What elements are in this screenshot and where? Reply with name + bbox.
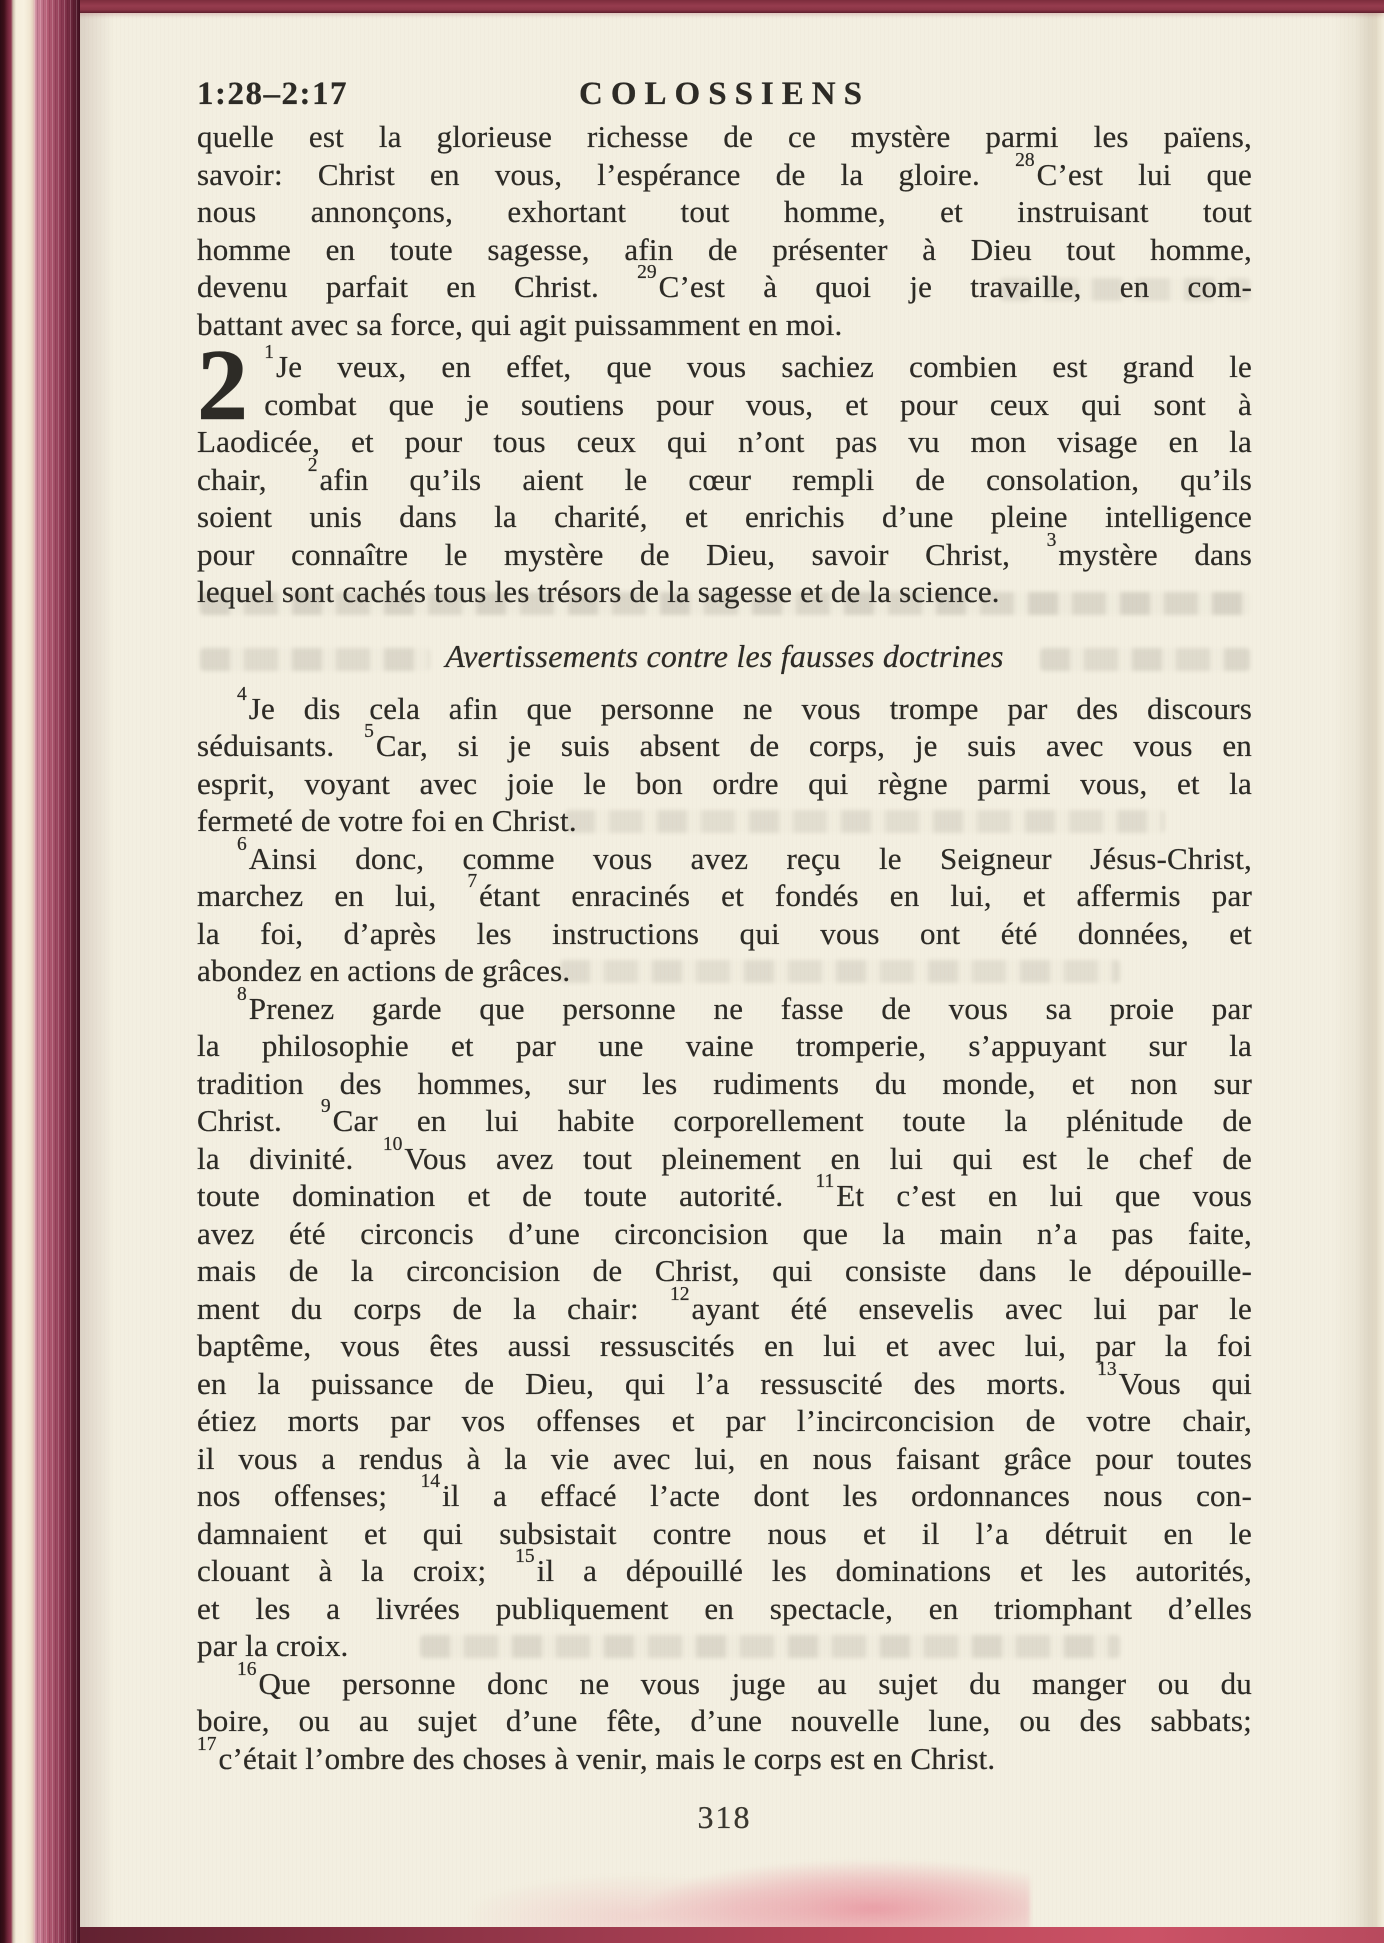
verse-number: 13 [1097,1359,1119,1380]
paragraph: quelle est la glorieuse richesse de ce m… [197,118,1252,343]
text-line: baptême, vous êtes aussi ressuscités en … [197,1327,1252,1365]
paragraph: 8Prenez garde que personne ne fasse de v… [197,990,1252,1665]
text-line: boire, ou au sujet d’une fête, d’une nou… [197,1702,1252,1740]
book-page-edge-top [46,0,1384,13]
verse-number: 29 [637,262,659,283]
paragraph: 6Ainsi donc, comme vous avez reçu le Sei… [197,840,1252,990]
verse-number: 5 [364,721,376,742]
text-line: nos offenses; 14il a effacé l’acte dont … [197,1477,1252,1515]
text-line: tradition des hommes, sur les rudiments … [197,1065,1252,1103]
running-header: 1:28–2:17 COLOSSIENS [197,76,1252,112]
chapter-paragraph: 21Je veux, en effet, que vous sachiez co… [197,348,1252,611]
section-heading: Avertissements contre les fausses doctri… [197,637,1252,675]
text-line: toute domination et de toute autorité. 1… [197,1177,1252,1215]
verse-number: 10 [383,1134,405,1155]
body-text: quelle est la glorieuse richesse de ce m… [197,118,1252,1777]
verse-number: 12 [670,1284,692,1305]
chapter-drop-cap: 2 [197,347,264,423]
text-line: lequel sont cachés tous les trésors de l… [197,573,1252,611]
verse-number: 1 [264,342,276,363]
text-line: devenu parfait en Christ. 29C’est à quoi… [197,268,1252,306]
text-line: étiez morts par vos offenses et par l’in… [197,1402,1252,1440]
verse-number: 6 [237,834,249,855]
text-line: il vous a rendus à la vie avec lui, en n… [197,1440,1252,1478]
text-line: combat que je soutiens pour vous, et pou… [197,386,1252,424]
text-line: la philosophie et par une vaine tromperi… [197,1027,1252,1065]
text-line: en la puissance de Dieu, qui l’a ressusc… [197,1365,1252,1403]
red-dye-stain [470,1823,1030,1933]
verse-number: 7 [467,871,479,892]
text-line: séduisants. 5Car, si je suis absent de c… [197,727,1252,765]
text-line: 4Je dis cela afin que personne ne vous t… [197,690,1252,728]
paragraph: 4Je dis cela afin que personne ne vous t… [197,690,1252,840]
text-line: damnaient et qui subsistait contre nous … [197,1515,1252,1553]
book-page-edges-left [0,0,80,1943]
text-line: pour connaître le mystère de Dieu, savoi… [197,536,1252,574]
verse-number: 11 [815,1171,836,1192]
book-title: COLOSSIENS [579,76,870,112]
book-page-edge-bottom [60,1927,1384,1943]
verse-number: 14 [421,1471,443,1492]
text-line: clouant à la croix; 15il a dépouillé les… [197,1552,1252,1590]
text-line: 8Prenez garde que personne ne fasse de v… [197,990,1252,1028]
text-line: Laodicée, et pour tous ceux qui n’ont pa… [197,423,1252,461]
text-line: abondez en actions de grâces. [197,952,1252,990]
text-line: savoir: Christ en vous, l’espérance de l… [197,156,1252,194]
text-line: et les a livrées publiquement en spectac… [197,1590,1252,1628]
verse-number: 28 [1015,150,1037,171]
text-line: 1Je veux, en effet, que vous sachiez com… [197,348,1252,386]
text-line: nous annonçons, exhortant tout homme, et… [197,193,1252,231]
paragraph: 16Que personne donc ne vous juge au suje… [197,1665,1252,1778]
verse-number: 8 [237,984,249,1005]
verse-number: 16 [237,1659,259,1680]
text-line: Christ. 9Car en lui habite corporellemen… [197,1102,1252,1140]
text-line: la foi, d’après les instructions qui vou… [197,915,1252,953]
text-line: chair, 2afin qu’ils aient le cœur rempli… [197,461,1252,499]
verse-number: 15 [515,1546,537,1567]
verse-number: 9 [321,1096,333,1117]
verse-number: 3 [1047,530,1059,551]
text-line: avez été circoncis d’une circoncision qu… [197,1215,1252,1253]
verse-number: 4 [237,684,249,705]
page-edge-shadow-right [1332,10,1384,1931]
verse-number: 17 [197,1734,219,1755]
text-line: homme en toute sagesse, afin de présente… [197,231,1252,269]
text-line: fermeté de votre foi en Christ. [197,802,1252,840]
verse-number: 2 [308,455,320,476]
verse-range: 1:28–2:17 [197,76,348,112]
text-line: 17c’était l’ombre des choses à venir, ma… [197,1740,1252,1778]
page-gutter-shadow [80,0,114,1943]
text-line: mais de la circoncision de Christ, qui c… [197,1252,1252,1290]
text-line: marchez en lui, 7étant enracinés et fond… [197,877,1252,915]
text-line: battant avec sa force, qui agit puissamm… [197,306,1252,344]
text-line: par la croix. [197,1627,1252,1665]
text-line: ment du corps de la chair: 12ayant été e… [197,1290,1252,1328]
text-line: 6Ainsi donc, comme vous avez reçu le Sei… [197,840,1252,878]
text-line: soient unis dans la charité, et enrichis… [197,498,1252,536]
text-line: 16Que personne donc ne vous juge au suje… [197,1665,1252,1703]
book-scan: 1:28–2:17 COLOSSIENS quelle est la glori… [0,0,1384,1943]
page: 1:28–2:17 COLOSSIENS quelle est la glori… [80,0,1384,1943]
text-line: quelle est la glorieuse richesse de ce m… [197,118,1252,156]
text-line: la divinité. 10Vous avez tout pleinement… [197,1140,1252,1178]
text-line: esprit, voyant avec joie le bon ordre qu… [197,765,1252,803]
